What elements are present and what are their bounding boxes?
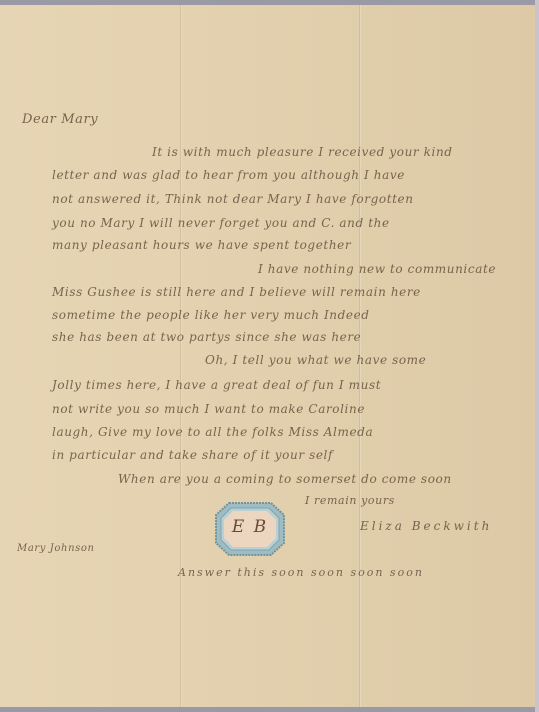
body-line-3: not answered it, Think not dear Mary I h… <box>52 192 414 206</box>
body-line-4: you no Mary I will never forget you and … <box>52 216 390 230</box>
signature: Eliza Beckwith <box>360 519 492 533</box>
fold-crease-left <box>180 5 182 707</box>
body-line-9: she has been at two partys since she was… <box>52 330 361 344</box>
body-line-12: not write you so much I want to make Car… <box>52 402 365 416</box>
closing: I remain yours <box>305 494 395 507</box>
body-line-2: letter and was glad to hear from you alt… <box>52 168 405 182</box>
body-line-6: I have nothing new to communicate <box>258 262 496 276</box>
body-line-13: laugh, Give my love to all the folks Mis… <box>52 425 373 439</box>
body-line-8: sometime the people like her very much I… <box>52 308 370 322</box>
body-line-14: in particular and take share of it your … <box>52 448 333 462</box>
body-line-5: many pleasant hours we have spent togeth… <box>52 238 351 252</box>
body-line-7: Miss Gushee is still here and I believe … <box>52 285 421 299</box>
salutation: Dear Mary <box>22 112 98 127</box>
body-line-11: Jolly times here, I have a great deal of… <box>52 378 381 392</box>
body-line-10: Oh, I tell you what we have some <box>205 353 426 367</box>
body-line-1: It is with much pleasure I received your… <box>152 145 453 159</box>
body-line-15: When are you a coming to somerset do com… <box>118 472 452 486</box>
postscript: Answer this soon soon soon soon <box>178 566 424 579</box>
wafer-seal: E B <box>215 502 285 556</box>
addressee: Mary Johnson <box>17 543 95 554</box>
scan-edge <box>535 0 539 712</box>
seal-initials: E B <box>215 517 285 537</box>
